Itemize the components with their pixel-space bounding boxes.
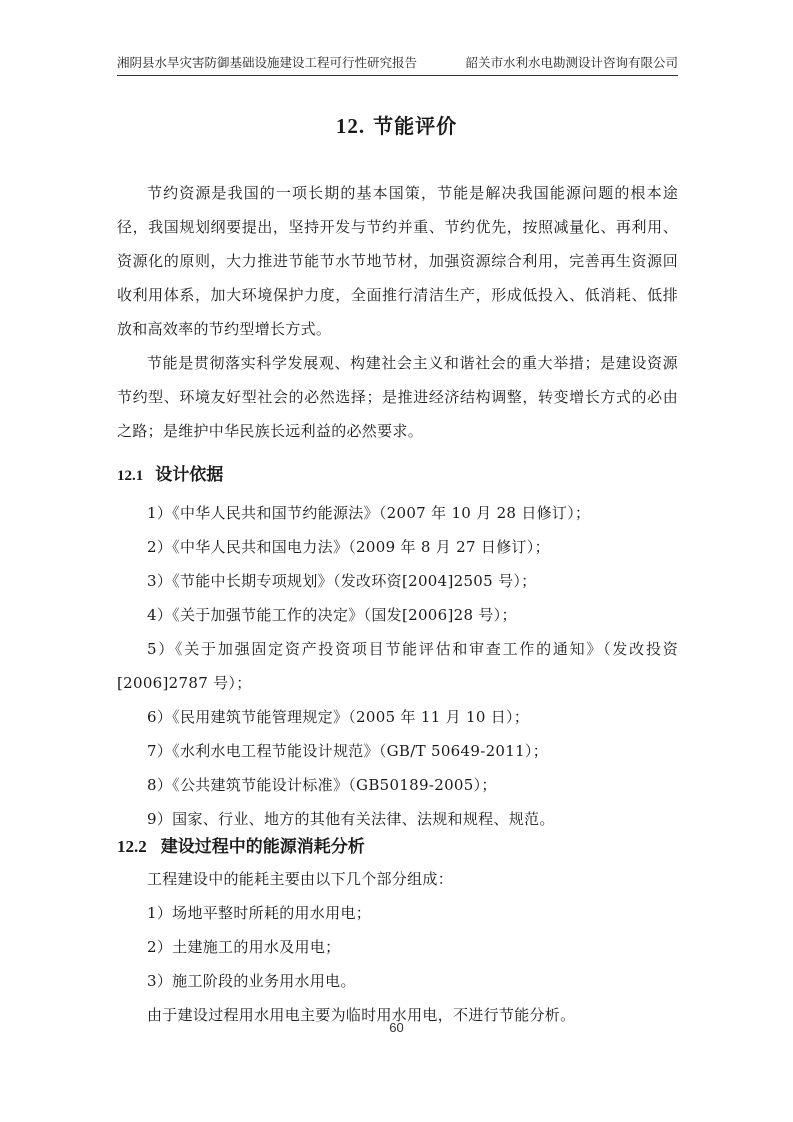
list-item: 6）《民用建筑节能管理规定》（2005 年 11 月 10 日）；	[117, 700, 678, 734]
energy-consumption-section: 工程建设中的能耗主要由以下几个部分组成： 1）场地平整时所耗的用水用电； 2）土…	[117, 862, 678, 1032]
paragraph: 工程建设中的能耗主要由以下几个部分组成：	[117, 862, 678, 896]
header-report-title: 湘阴县水旱灾害防御基础设施建设工程可行性研究报告	[117, 55, 417, 75]
intro-paragraph-1: 节约资源是我国的一项长期的基本国策，节能是解决我国能源问题的根本途径，我国规划纲…	[117, 176, 678, 346]
chapter-title-text: 节能评价	[373, 114, 457, 138]
list-item: 7）《水利水电工程节能设计规范》（GB/T 50649-2011）；	[117, 734, 678, 768]
intro-section: 节约资源是我国的一项长期的基本国策，节能是解决我国能源问题的根本途径，我国规划纲…	[117, 176, 678, 448]
section-heading-12-2: 12.2建设过程中的能源消耗分析	[117, 832, 365, 857]
design-basis-list: 1）《中华人民共和国节约能源法》（2007 年 10 月 28 日修订）； 2）…	[117, 496, 678, 836]
list-item: 1）场地平整时所耗的用水用电；	[117, 896, 678, 930]
running-header: 湘阴县水旱灾害防御基础设施建设工程可行性研究报告 韶关市水利水电勘测设计咨询有限…	[117, 55, 678, 76]
list-item: 4）《关于加强节能工作的决定》（国发[2006]28 号）；	[117, 598, 678, 632]
section-number: 12.1	[117, 468, 143, 484]
list-item: 2）土建施工的用水及用电；	[117, 930, 678, 964]
list-item: 3）《节能中长期专项规划》（发改环资[2004]2505 号）；	[117, 564, 678, 598]
section-title: 设计依据	[155, 465, 223, 485]
list-item: 5）《关于加强固定资产投资项目节能评估和审查工作的通知》（发改投资[2006]2…	[117, 632, 678, 700]
list-item: 8）《公共建筑节能设计标准》（GB50189-2005）；	[117, 768, 678, 802]
header-company-name: 韶关市水利水电勘测设计咨询有限公司	[465, 55, 678, 75]
chapter-number: 12.	[336, 114, 365, 138]
list-item: 2）《中华人民共和国电力法》（2009 年 8 月 27 日修订）；	[117, 530, 678, 564]
list-item: 9）国家、行业、地方的其他有关法律、法规和规程、规范。	[117, 802, 678, 836]
page-number: 60	[0, 1020, 793, 1035]
list-item: 3）施工阶段的业务用水用电。	[117, 964, 678, 998]
intro-paragraph-2: 节能是贯彻落实科学发展观、构建社会主义和谐社会的重大举措；是建设资源节约型、环境…	[117, 346, 678, 448]
section-heading-12-1: 12.1设计依据	[117, 460, 223, 485]
chapter-title: 12.节能评价	[0, 110, 793, 139]
list-item: 1）《中华人民共和国节约能源法》（2007 年 10 月 28 日修订）；	[117, 496, 678, 530]
section-title: 建设过程中的能源消耗分析	[161, 837, 365, 857]
section-number: 12.2	[117, 837, 147, 856]
